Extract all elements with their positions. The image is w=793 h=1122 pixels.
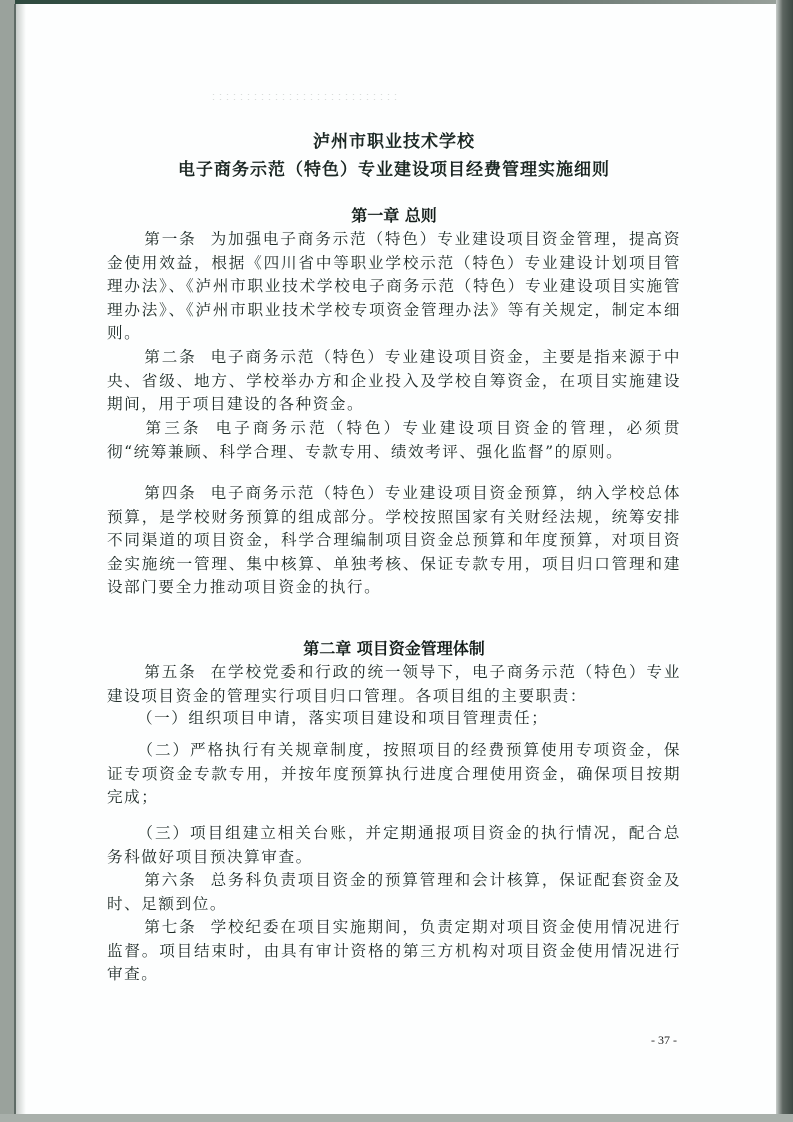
scan-edge-right <box>776 0 793 1122</box>
article-4: 第四条电子商务示范（特色）专业建设项目资金预算，纳入学校总体预算，是学校财务预算… <box>107 482 681 600</box>
article-label: 第五条 <box>144 663 197 681</box>
document-title-school: 泸州市职业技术学校 <box>107 127 681 152</box>
article-label: 第七条 <box>144 918 197 936</box>
article-5: 第五条在学校党委和行政的统一领导下，电子商务示范（特色）专业建设项目资金的管理实… <box>107 661 681 708</box>
duty-text: （二）严格执行有关规章制度，按照项目的经费预算使用专项资金，保证专项资金专款专用… <box>107 741 681 806</box>
article-3: 第三条电子商务示范（特色）专业建设项目资金的管理，必须贯彻“统筹兼顾、科学合理、… <box>107 417 681 464</box>
article-label: 第三条 <box>144 419 202 437</box>
chapter-1-heading: 第一章 总则 <box>107 203 681 226</box>
article-7: 第七条学校纪委在项目实施期间，负责定期对项目资金使用情况进行监督。项目结束时，由… <box>107 916 681 987</box>
document-title-main: 电子商务示范（特色）专业建设项目经费管理实施细则 <box>107 155 681 180</box>
duty-item-2: （二）严格执行有关规章制度，按照项目的经费预算使用专项资金，保证专项资金专款专用… <box>107 739 681 810</box>
article-2: 第二条电子商务示范（特色）专业建设项目资金，主要是指来源于中央、省级、地方、学校… <box>107 346 681 417</box>
article-label: 第一条 <box>144 230 197 248</box>
article-1: 第一条为加强电子商务示范（特色）专业建设项目资金管理，提高资金使用效益，根据《四… <box>107 228 681 346</box>
chapter-2-heading: 第二章 项目资金管理体制 <box>107 636 681 659</box>
duty-item-1: （一）组织项目申请，落实项目建设和项目管理责任； <box>107 707 681 731</box>
scan-noise <box>210 92 400 104</box>
page-gutter-shadow <box>16 4 26 1114</box>
article-6: 第六条总务科负责项目资金的预算管理和会计核算，保证配套资金及时、足额到位。 <box>107 869 681 916</box>
duty-text: （一）组织项目申请，落实项目建设和项目管理责任； <box>137 709 548 727</box>
duty-item-3: （三）项目组建立相关台账，并定期通报项目资金的执行情况，配合总务科做好项目预决算… <box>107 822 681 869</box>
article-label: 第四条 <box>144 484 197 502</box>
article-label: 第二条 <box>144 348 197 366</box>
scan-edge-bottom <box>0 1114 793 1122</box>
duty-text: （三）项目组建立相关台账，并定期通报项目资金的执行情况，配合总务科做好项目预决算… <box>107 824 681 866</box>
article-label: 第六条 <box>144 871 197 889</box>
page-number: - 37 - <box>651 1033 677 1048</box>
